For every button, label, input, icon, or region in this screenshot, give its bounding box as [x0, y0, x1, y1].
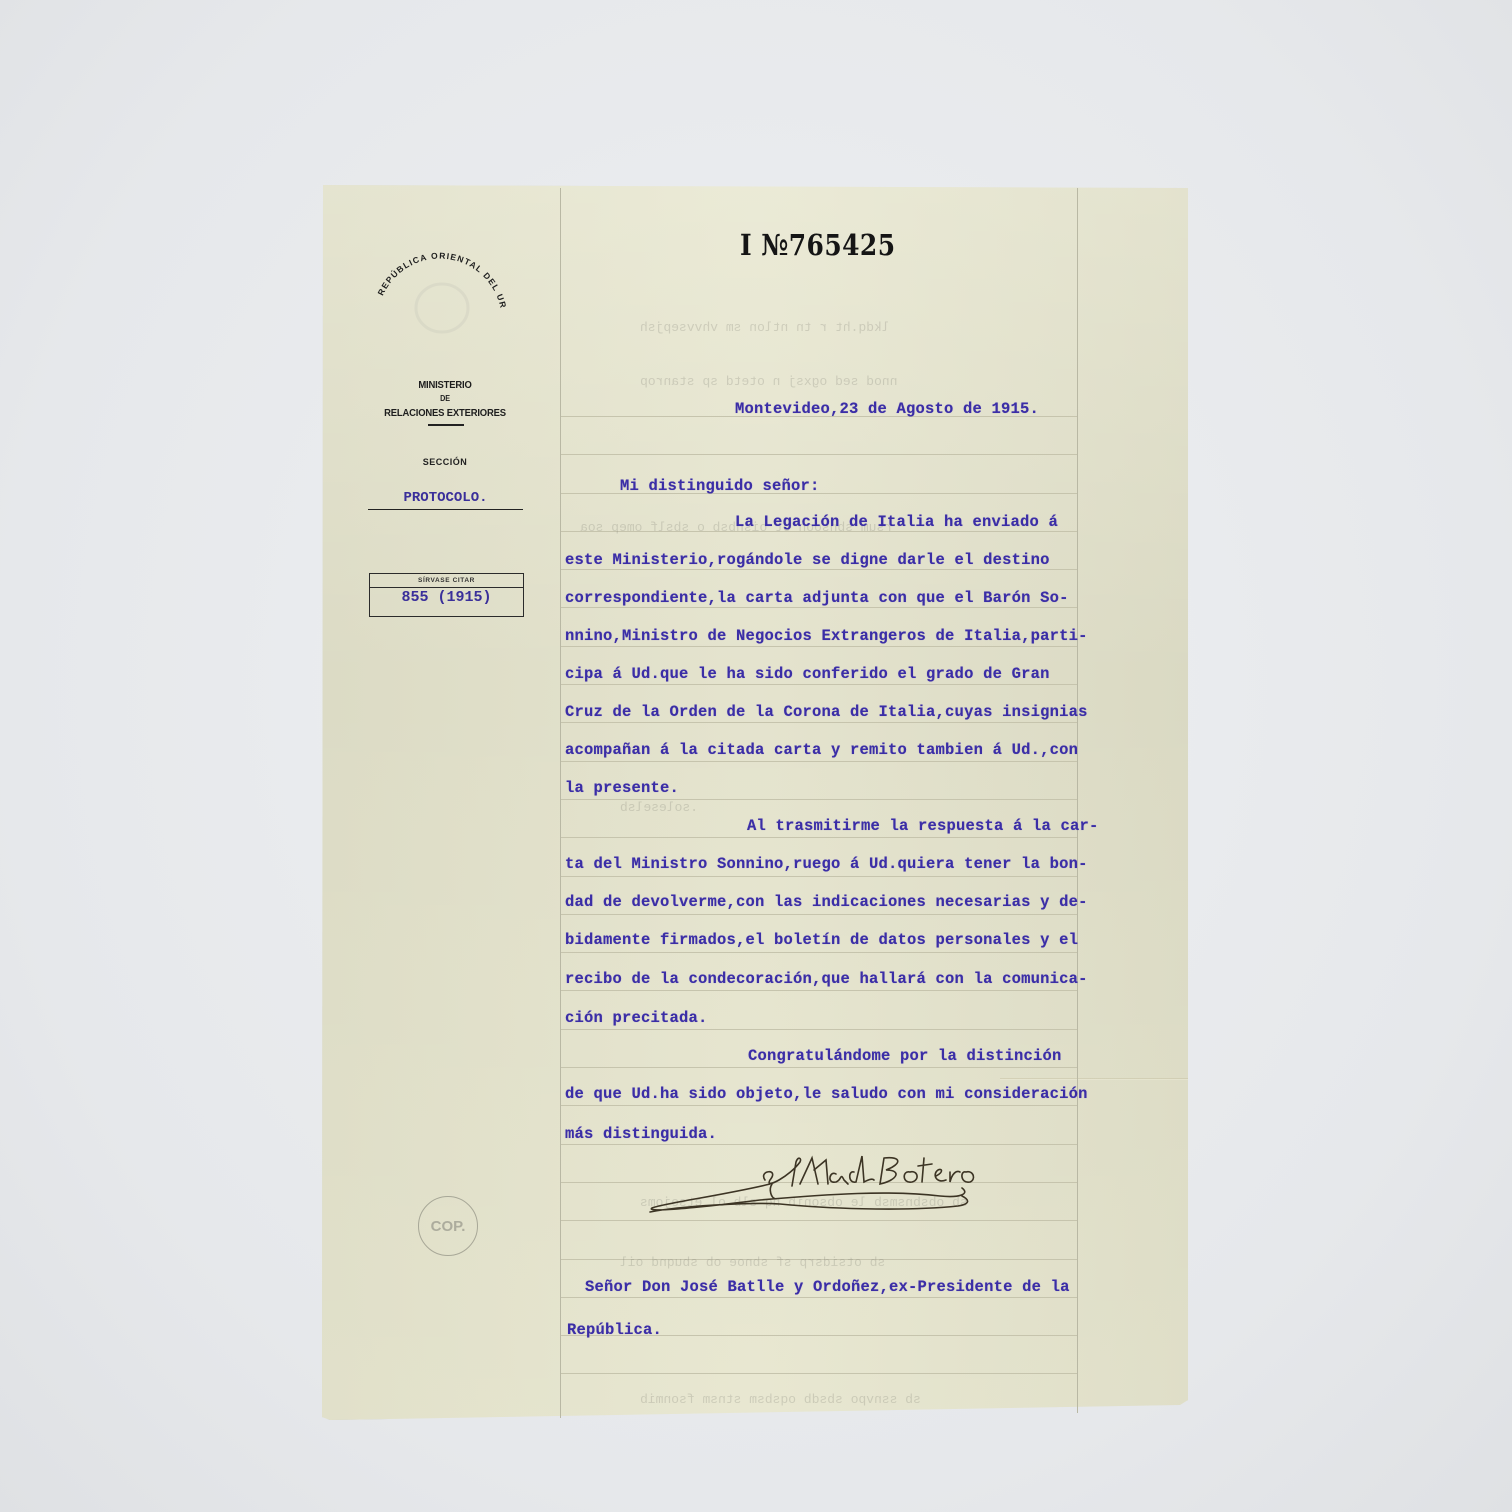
- ruled-line: [561, 761, 1077, 762]
- ministry-line2: DE: [369, 392, 522, 406]
- body-line: ción precitada.: [565, 1009, 708, 1027]
- ruled-line: [561, 454, 1077, 455]
- ruled-line: [561, 607, 1077, 608]
- ruled-line: [561, 1373, 1077, 1374]
- ruled-line: [561, 990, 1077, 991]
- ministry-divider: [428, 424, 464, 426]
- addressee-line1: Señor Don José Batlle y Ordoñez,ex-Presi…: [585, 1278, 1070, 1296]
- section-label: SECCIÓN: [380, 457, 510, 467]
- citation-label: SÍRVASE CITAR: [370, 574, 523, 588]
- body-line: de que Ud.ha sido objeto,le saludo con m…: [565, 1085, 1088, 1103]
- margin-line: [1077, 188, 1078, 1413]
- fold-crease: [1000, 1078, 1188, 1080]
- ruled-line: [561, 876, 1077, 877]
- body-line: este Ministerio,rogándole se digne darle…: [565, 551, 1050, 569]
- bleed-through-text: nnod sed ogxsj n otetd sp stanrop: [640, 374, 897, 389]
- ruled-line: [561, 722, 1077, 723]
- section-underline: [368, 509, 523, 510]
- addressee-line2: República.: [567, 1321, 662, 1339]
- ruled-line: [561, 684, 1077, 685]
- serial-prefix: I: [740, 228, 752, 262]
- body-line: bidamente firmados,el boletín de datos p…: [565, 931, 1078, 949]
- stamp-text: COP.: [431, 1218, 466, 1235]
- margin-line: [560, 188, 561, 1418]
- svg-text:REPÚBLICA ORIENTAL DEL URUGUAY: REPÚBLICA ORIENTAL DEL URUGUAY: [360, 228, 509, 310]
- ministry-line1: MINISTERIO: [369, 378, 522, 392]
- serial-digits: 765425: [789, 228, 896, 262]
- body-line: la presente.: [565, 779, 679, 797]
- body-line: más distinguida.: [565, 1125, 717, 1143]
- bleed-through-text: .soleselsb: [620, 800, 698, 815]
- bleed-through-text: sb ssnvpo sbsdb oqsbsm stnsm fsonmib: [640, 1392, 921, 1407]
- ruled-line: [561, 569, 1077, 570]
- ruled-line: [561, 914, 1077, 915]
- body-line: La Legación de Italia ha enviado á: [735, 513, 1058, 531]
- bleed-through-text: lkdq.ht r tn ntlon sm vhvvsepjsh: [640, 320, 890, 335]
- ministry-line3: RELACIONES EXTERIORES: [369, 406, 522, 420]
- cop-stamp: COP.: [418, 1196, 478, 1256]
- body-line: nnino,Ministro de Negocios Extrangeros d…: [565, 627, 1088, 645]
- date-line: Montevideo,23 de Agosto de 1915.: [735, 400, 1039, 418]
- signature-icon: [640, 1150, 980, 1225]
- body-line: Congratulándome por la distinción: [748, 1047, 1062, 1065]
- salutation: Mi distinguido señor:: [620, 477, 820, 495]
- citation-box: SÍRVASE CITAR 855 (1915): [369, 573, 524, 617]
- ruled-line: [561, 1144, 1077, 1145]
- body-line: Al trasmitirme la respuesta á la car-: [747, 817, 1099, 835]
- body-line: dad de devolverme,con las indicaciones n…: [565, 893, 1088, 911]
- ruled-line: [561, 1029, 1077, 1030]
- numero-symbol: №: [761, 228, 789, 262]
- body-line: acompañan á la citada carta y remito tam…: [565, 741, 1078, 759]
- section-value: PROTOCOLO.: [368, 490, 523, 506]
- document-photo: REPÚBLICA ORIENTAL DEL URUGUAY MINISTERI…: [0, 0, 1512, 1512]
- citation-value: 855 (1915): [370, 589, 523, 606]
- bleed-through-text: sb otsidsrp sf sbnoe ob sbuqnd oil: [620, 1255, 885, 1270]
- ruled-line: [561, 1067, 1077, 1068]
- ruled-line: [561, 952, 1077, 953]
- body-line: correspondiente,la carta adjunta con que…: [565, 589, 1069, 607]
- seal-emblem-icon: REPÚBLICA ORIENTAL DEL URUGUAY: [360, 228, 520, 338]
- ruled-line: [561, 1297, 1077, 1298]
- ruled-line: [561, 1105, 1077, 1106]
- body-line: recibo de la condecoración,que hallará c…: [565, 970, 1088, 988]
- serial-number: I №765425: [740, 228, 895, 262]
- body-line: Cruz de la Orden de la Corona de Italia,…: [565, 703, 1088, 721]
- body-line: ta del Ministro Sonnino,ruego á Ud.quier…: [565, 855, 1088, 873]
- ruled-line: [561, 837, 1077, 838]
- body-line: cipa á Ud.que le ha sido conferido el gr…: [565, 665, 1050, 683]
- ruled-line: [561, 646, 1077, 647]
- ministry-heading: MINISTERIO DE RELACIONES EXTERIORES: [369, 378, 522, 420]
